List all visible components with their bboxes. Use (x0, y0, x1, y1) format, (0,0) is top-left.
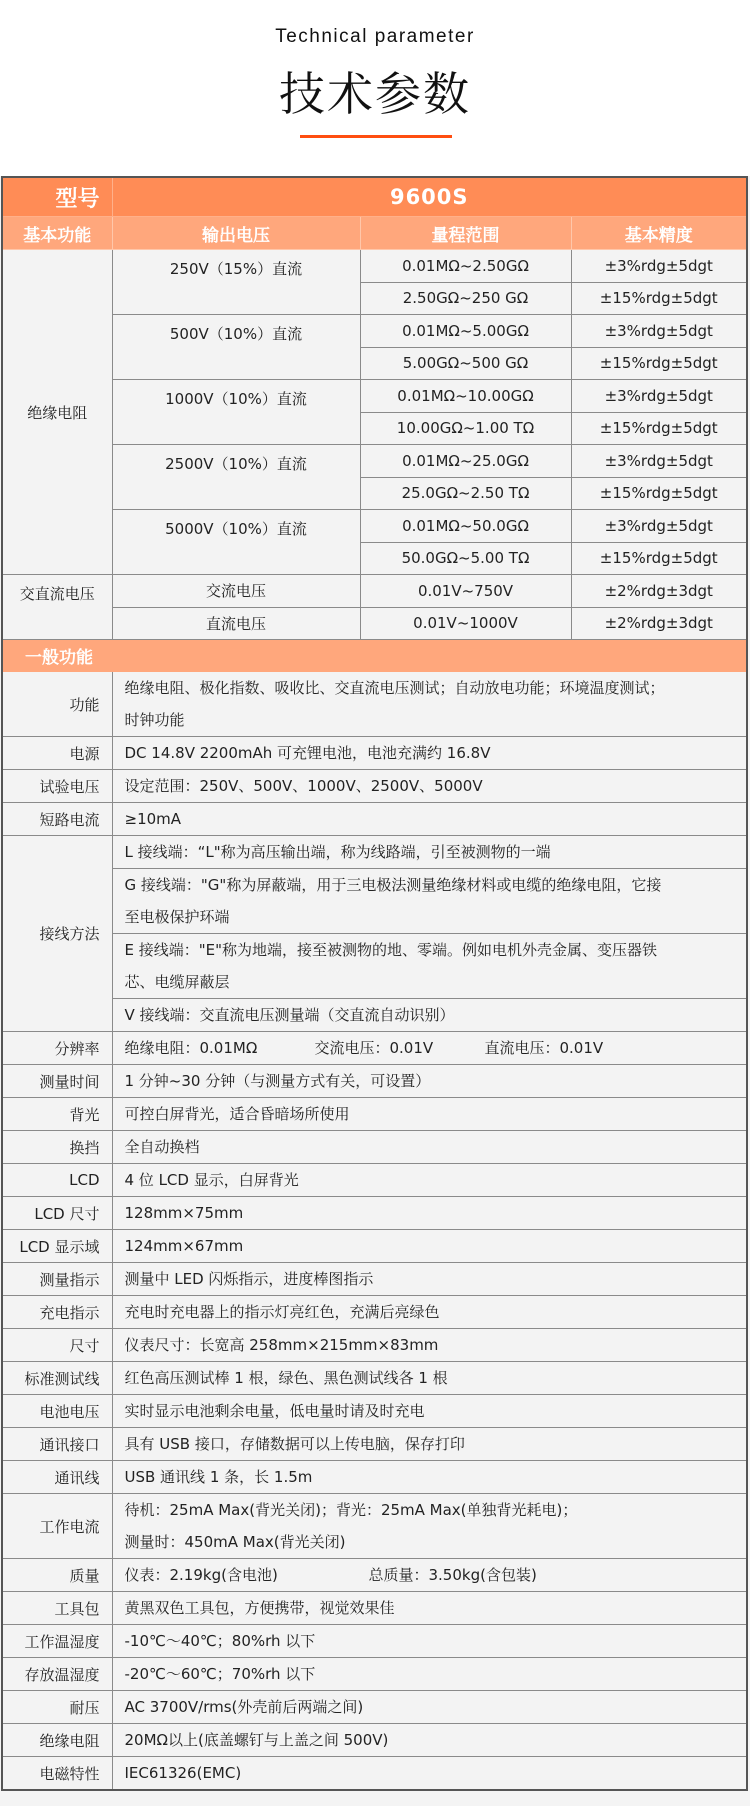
wiring-item: E 接线端："E"称为地端，接至被测物的地、零端。例如电机外壳金属、变压器铁芯、… (112, 934, 747, 999)
weight-part: 仪表：2.19kg(含电池) (125, 1559, 369, 1591)
spec-value-line: 128mm×75mm (125, 1197, 747, 1229)
range-cell: 0.01V~750V (360, 575, 571, 608)
output-voltage-cell: 5000V（10%）直流 (112, 510, 360, 575)
spec-label: 工作电流 (2, 1494, 112, 1559)
spec-label: LCD (2, 1164, 112, 1197)
spec-label: 背光 (2, 1098, 112, 1131)
title-cn: 技术参数 (0, 58, 750, 124)
spec-row: 换挡全自动换档 (2, 1131, 747, 1164)
spec-label: 尺寸 (2, 1329, 112, 1362)
range-cell: 0.01V~1000V (360, 607, 571, 640)
spec-row: 试验电压设定范围：250V、500V、1000V、2500V、5000V (2, 770, 747, 803)
spec-value-line: 4 位 LCD 显示，白屏背光 (125, 1164, 747, 1196)
spec-row: LCD 显示域124mm×67mm (2, 1230, 747, 1263)
spec-row: 工作电流待机：25mA Max(背光关闭)；背光：25mA Max(单独背光耗电… (2, 1494, 747, 1559)
resolution-part: 绝缘电阻：0.01MΩ (125, 1032, 315, 1064)
spec-label: 分辨率 (2, 1032, 112, 1065)
spec-row: LCD 尺寸128mm×75mm (2, 1197, 747, 1230)
accuracy-cell: ±3%rdg±5dgt (571, 380, 747, 413)
spec-value-line: 至电极保护环端 (125, 901, 747, 933)
wiring-item: V 接线端：交直流电压测量端（交直流自动识别） (112, 999, 747, 1032)
spec-label: 质量 (2, 1559, 112, 1592)
title-en: Technical parameter (0, 26, 750, 48)
wiring-label: 接线方法 (2, 836, 112, 1032)
spec-value: 124mm×67mm (112, 1230, 747, 1263)
spec-label: 耐压 (2, 1691, 112, 1724)
spec-row: 耐压AC 3700V/rms(外壳前后两端之间) (2, 1691, 747, 1724)
model-label: 型号 (2, 177, 112, 217)
spec-row: 电池电压实时显示电池剩余电量，低电量时请及时充电 (2, 1395, 747, 1428)
spec-value: 待机：25mA Max(背光关闭)；背光：25mA Max(单独背光耗电)；测量… (112, 1494, 747, 1559)
spec-table: 型号 9600S 基本功能 输出电压 量程范围 基本精度 绝缘电阻250V（15… (1, 176, 748, 1791)
output-voltage-cell: 250V（15%）直流 (112, 250, 360, 315)
voltage-type-cell: 直流电压 (112, 607, 360, 640)
spec-value-line: 充电时充电器上的指示灯亮红色，充满后亮绿色 (125, 1296, 747, 1328)
spec-value: 仪表尺寸：长宽高 258mm×215mm×83mm (112, 1329, 747, 1362)
spec-label: LCD 显示域 (2, 1230, 112, 1263)
spec-row: 通讯接口具有 USB 接口，存储数据可以上传电脑，保存打印 (2, 1428, 747, 1461)
accuracy-cell: ±3%rdg±5dgt (571, 510, 747, 543)
output-voltage-cell: 2500V（10%）直流 (112, 445, 360, 510)
spec-value-line: -20℃～60℃；70%rh 以下 (125, 1658, 747, 1690)
spec-value: AC 3700V/rms(外壳前后两端之间) (112, 1691, 747, 1724)
range-cell: 0.01MΩ~10.00GΩ (360, 380, 571, 413)
spec-label: 电磁特性 (2, 1757, 112, 1791)
spec-label: 充电指示 (2, 1296, 112, 1329)
spec-value: 1 分钟~30 分钟（与测量方式有关，可设置） (112, 1065, 747, 1098)
spec-value: 实时显示电池剩余电量，低电量时请及时充电 (112, 1395, 747, 1428)
col-header-range: 量程范围 (360, 217, 571, 250)
spec-row: 电源DC 14.8V 2200mAh 可充锂电池，电池充满约 16.8V (2, 737, 747, 770)
spec-value: -10℃～40℃；80%rh 以下 (112, 1625, 747, 1658)
spec-value-line: G 接线端："G"称为屏蔽端，用于三电极法测量绝缘材料或电缆的绝缘电阻，它接 (125, 869, 747, 901)
spec-value-line: 设定范围：250V、500V、1000V、2500V、5000V (125, 770, 747, 802)
range-cell: 5.00GΩ~500 GΩ (360, 347, 571, 380)
spec-value-line: 测量中 LED 闪烁指示，进度棒图指示 (125, 1263, 747, 1295)
spec-value: 测量中 LED 闪烁指示，进度棒图指示 (112, 1263, 747, 1296)
spec-value-line: 黄黑双色工具包，方便携带，视觉效果佳 (125, 1592, 747, 1624)
accuracy-cell: ±15%rdg±5dgt (571, 282, 747, 315)
spec-value: 4 位 LCD 显示，白屏背光 (112, 1164, 747, 1197)
col-header-output-voltage: 输出电压 (112, 217, 360, 250)
spec-value: ≥10mA (112, 803, 747, 836)
insulation-label: 绝缘电阻 (2, 250, 112, 575)
spec-label: 电源 (2, 737, 112, 770)
model-row: 型号 9600S (2, 177, 747, 217)
spec-label: 工具包 (2, 1592, 112, 1625)
range-cell: 0.01MΩ~25.0GΩ (360, 445, 571, 478)
spec-row: 功能绝缘电阻、极化指数、吸收比、交直流电压测试；自动放电功能；环境温度测试；时钟… (2, 672, 747, 737)
spec-row: 绝缘电阻20MΩ以上(底盖螺钉与上盖之间 500V) (2, 1724, 747, 1757)
spec-value-line: ≥10mA (125, 803, 747, 835)
spec-value-line: 124mm×67mm (125, 1230, 747, 1262)
spec-value: 充电时充电器上的指示灯亮红色，充满后亮绿色 (112, 1296, 747, 1329)
accuracy-cell: ±2%rdg±3dgt (571, 575, 747, 608)
spec-row: 测量指示测量中 LED 闪烁指示，进度棒图指示 (2, 1263, 747, 1296)
spec-label: LCD 尺寸 (2, 1197, 112, 1230)
column-header-row: 基本功能 输出电压 量程范围 基本精度 (2, 217, 747, 250)
spec-row: 接线方法L 接线端：“L"称为高压输出端，称为线路端，引至被测物的一端 (2, 836, 747, 869)
spec-value: USB 通讯线 1 条，长 1.5m (112, 1461, 747, 1494)
spec-label: 电池电压 (2, 1395, 112, 1428)
spec-value-line: V 接线端：交直流电压测量端（交直流自动识别） (125, 999, 747, 1031)
resolution-part: 直流电压：0.01V (485, 1032, 604, 1064)
spec-label: 标准测试线 (2, 1362, 112, 1395)
range-cell: 0.01MΩ~5.00GΩ (360, 315, 571, 348)
spec-row: 工具包黄黑双色工具包，方便携带，视觉效果佳 (2, 1592, 747, 1625)
accuracy-cell: ±15%rdg±5dgt (571, 347, 747, 380)
spec-value-line: 测量时：450mA Max(背光关闭) (125, 1526, 747, 1558)
spec-row: 存放温湿度-20℃～60℃；70%rh 以下 (2, 1658, 747, 1691)
range-cell: 10.00GΩ~1.00 TΩ (360, 412, 571, 445)
spec-row: LCD4 位 LCD 显示，白屏背光 (2, 1164, 747, 1197)
spec-row: 背光可控白屏背光，适合昏暗场所使用 (2, 1098, 747, 1131)
table-row: 直流电压0.01V~1000V±2%rdg±3dgt (2, 607, 747, 640)
spec-row: 尺寸仪表尺寸：长宽高 258mm×215mm×83mm (2, 1329, 747, 1362)
spec-value: 红色高压测试棒 1 根，绿色、黑色测试线各 1 根 (112, 1362, 747, 1395)
table-row: 1000V（10%）直流0.01MΩ~10.00GΩ±3%rdg±5dgt (2, 380, 747, 413)
spec-row: 工作温湿度-10℃～40℃；80%rh 以下 (2, 1625, 747, 1658)
spec-value-line: IEC61326(EMC) (125, 1757, 747, 1789)
spec-value: DC 14.8V 2200mAh 可充锂电池，电池充满约 16.8V (112, 737, 747, 770)
spec-value-line: 绝缘电阻、极化指数、吸收比、交直流电压测试；自动放电功能；环境温度测试； (125, 672, 747, 704)
section-header-general: 一般功能 (2, 640, 747, 672)
spec-value-line: 全自动换档 (125, 1131, 747, 1163)
spec-row: G 接线端："G"称为屏蔽端，用于三电极法测量绝缘材料或电缆的绝缘电阻，它接至电… (2, 869, 747, 934)
spec-value: 仪表：2.19kg(含电池)总质量：3.50kg(含包装) (112, 1559, 747, 1592)
spec-value: 全自动换档 (112, 1131, 747, 1164)
section-title: 一般功能 (2, 640, 747, 672)
acdc-label: 交直流电压 (2, 575, 112, 640)
spec-value-line: 仪表尺寸：长宽高 258mm×215mm×83mm (125, 1329, 747, 1361)
page-header: Technical parameter 技术参数 (0, 0, 750, 176)
spec-value-line: 芯、电缆屏蔽层 (125, 966, 747, 998)
spec-value-line: E 接线端："E"称为地端，接至被测物的地、零端。例如电机外壳金属、变压器铁 (125, 934, 747, 966)
model-value: 9600S (112, 177, 747, 217)
wiring-item: L 接线端：“L"称为高压输出端，称为线路端，引至被测物的一端 (112, 836, 747, 869)
wiring-item: G 接线端："G"称为屏蔽端，用于三电极法测量绝缘材料或电缆的绝缘电阻，它接至电… (112, 869, 747, 934)
table-row: 绝缘电阻250V（15%）直流0.01MΩ~2.50GΩ±3%rdg±5dgt (2, 250, 747, 283)
output-voltage-cell: 500V（10%）直流 (112, 315, 360, 380)
range-cell: 0.01MΩ~2.50GΩ (360, 250, 571, 283)
table-row: 2500V（10%）直流0.01MΩ~25.0GΩ±3%rdg±5dgt (2, 445, 747, 478)
spec-value: 设定范围：250V、500V、1000V、2500V、5000V (112, 770, 747, 803)
table-row: 5000V（10%）直流0.01MΩ~50.0GΩ±3%rdg±5dgt (2, 510, 747, 543)
spec-value-line: 红色高压测试棒 1 根，绿色、黑色测试线各 1 根 (125, 1362, 747, 1394)
spec-label: 功能 (2, 672, 112, 737)
accuracy-cell: ±15%rdg±5dgt (571, 477, 747, 510)
accuracy-cell: ±2%rdg±3dgt (571, 607, 747, 640)
spec-row: 测量时间1 分钟~30 分钟（与测量方式有关，可设置） (2, 1065, 747, 1098)
spec-label: 试验电压 (2, 770, 112, 803)
title-underline (300, 135, 452, 138)
spec-label: 测量时间 (2, 1065, 112, 1098)
spec-label: 存放温湿度 (2, 1658, 112, 1691)
spec-label: 通讯线 (2, 1461, 112, 1494)
table-row: 交直流电压交流电压0.01V~750V±2%rdg±3dgt (2, 575, 747, 608)
spec-value: 黄黑双色工具包，方便携带，视觉效果佳 (112, 1592, 747, 1625)
spec-value-line: 待机：25mA Max(背光关闭)；背光：25mA Max(单独背光耗电)； (125, 1494, 747, 1526)
range-cell: 25.0GΩ~2.50 TΩ (360, 477, 571, 510)
spec-value-line: 时钟功能 (125, 704, 747, 736)
accuracy-cell: ±3%rdg±5dgt (571, 315, 747, 348)
spec-label: 绝缘电阻 (2, 1724, 112, 1757)
output-voltage-cell: 1000V（10%）直流 (112, 380, 360, 445)
spec-value: 20MΩ以上(底盖螺钉与上盖之间 500V) (112, 1724, 747, 1757)
spec-label: 通讯接口 (2, 1428, 112, 1461)
spec-value: 可控白屏背光，适合昏暗场所使用 (112, 1098, 747, 1131)
range-cell: 0.01MΩ~50.0GΩ (360, 510, 571, 543)
spec-value: IEC61326(EMC) (112, 1757, 747, 1791)
resolution-part: 交流电压：0.01V (315, 1032, 485, 1064)
col-header-function: 基本功能 (2, 217, 112, 250)
spec-value-line: USB 通讯线 1 条，长 1.5m (125, 1461, 747, 1493)
spec-value: 具有 USB 接口，存储数据可以上传电脑，保存打印 (112, 1428, 747, 1461)
spec-row: 短路电流≥10mA (2, 803, 747, 836)
spec-label: 工作温湿度 (2, 1625, 112, 1658)
spec-row: 电磁特性IEC61326(EMC) (2, 1757, 747, 1791)
spec-value-line: -10℃～40℃；80%rh 以下 (125, 1625, 747, 1657)
voltage-type-cell: 交流电压 (112, 575, 360, 608)
accuracy-cell: ±3%rdg±5dgt (571, 250, 747, 283)
spec-value-line: 具有 USB 接口，存储数据可以上传电脑，保存打印 (125, 1428, 747, 1460)
spec-value: 128mm×75mm (112, 1197, 747, 1230)
spec-row: V 接线端：交直流电压测量端（交直流自动识别） (2, 999, 747, 1032)
spec-value-line: AC 3700V/rms(外壳前后两端之间) (125, 1691, 747, 1723)
spec-row: 通讯线USB 通讯线 1 条，长 1.5m (2, 1461, 747, 1494)
spec-label: 测量指示 (2, 1263, 112, 1296)
spec-row: E 接线端："E"称为地端，接至被测物的地、零端。例如电机外壳金属、变压器铁芯、… (2, 934, 747, 999)
spec-value: -20℃～60℃；70%rh 以下 (112, 1658, 747, 1691)
spec-value-line: 可控白屏背光，适合昏暗场所使用 (125, 1098, 747, 1130)
spec-value-line: 1 分钟~30 分钟（与测量方式有关，可设置） (125, 1065, 747, 1097)
spec-value-line: 20MΩ以上(底盖螺钉与上盖之间 500V) (125, 1724, 747, 1756)
accuracy-cell: ±3%rdg±5dgt (571, 445, 747, 478)
spec-row: 分辨率绝缘电阻：0.01MΩ交流电压：0.01V直流电压：0.01V (2, 1032, 747, 1065)
table-row: 500V（10%）直流0.01MΩ~5.00GΩ±3%rdg±5dgt (2, 315, 747, 348)
spec-row: 质量仪表：2.19kg(含电池)总质量：3.50kg(含包装) (2, 1559, 747, 1592)
spec-value-line: 实时显示电池剩余电量，低电量时请及时充电 (125, 1395, 747, 1427)
spec-label: 短路电流 (2, 803, 112, 836)
spec-value-line: DC 14.8V 2200mAh 可充锂电池，电池充满约 16.8V (125, 737, 747, 769)
weight-part: 总质量：3.50kg(含包装) (369, 1559, 537, 1591)
accuracy-cell: ±15%rdg±5dgt (571, 412, 747, 445)
spec-value: 绝缘电阻：0.01MΩ交流电压：0.01V直流电压：0.01V (112, 1032, 747, 1065)
spec-row: 充电指示充电时充电器上的指示灯亮红色，充满后亮绿色 (2, 1296, 747, 1329)
col-header-accuracy: 基本精度 (571, 217, 747, 250)
spec-label: 换挡 (2, 1131, 112, 1164)
spec-value: 绝缘电阻、极化指数、吸收比、交直流电压测试；自动放电功能；环境温度测试；时钟功能 (112, 672, 747, 737)
accuracy-cell: ±15%rdg±5dgt (571, 542, 747, 575)
range-cell: 50.0GΩ~5.00 TΩ (360, 542, 571, 575)
spec-row: 标准测试线红色高压测试棒 1 根，绿色、黑色测试线各 1 根 (2, 1362, 747, 1395)
spec-value-line: L 接线端：“L"称为高压输出端，称为线路端，引至被测物的一端 (125, 836, 747, 868)
range-cell: 2.50GΩ~250 GΩ (360, 282, 571, 315)
